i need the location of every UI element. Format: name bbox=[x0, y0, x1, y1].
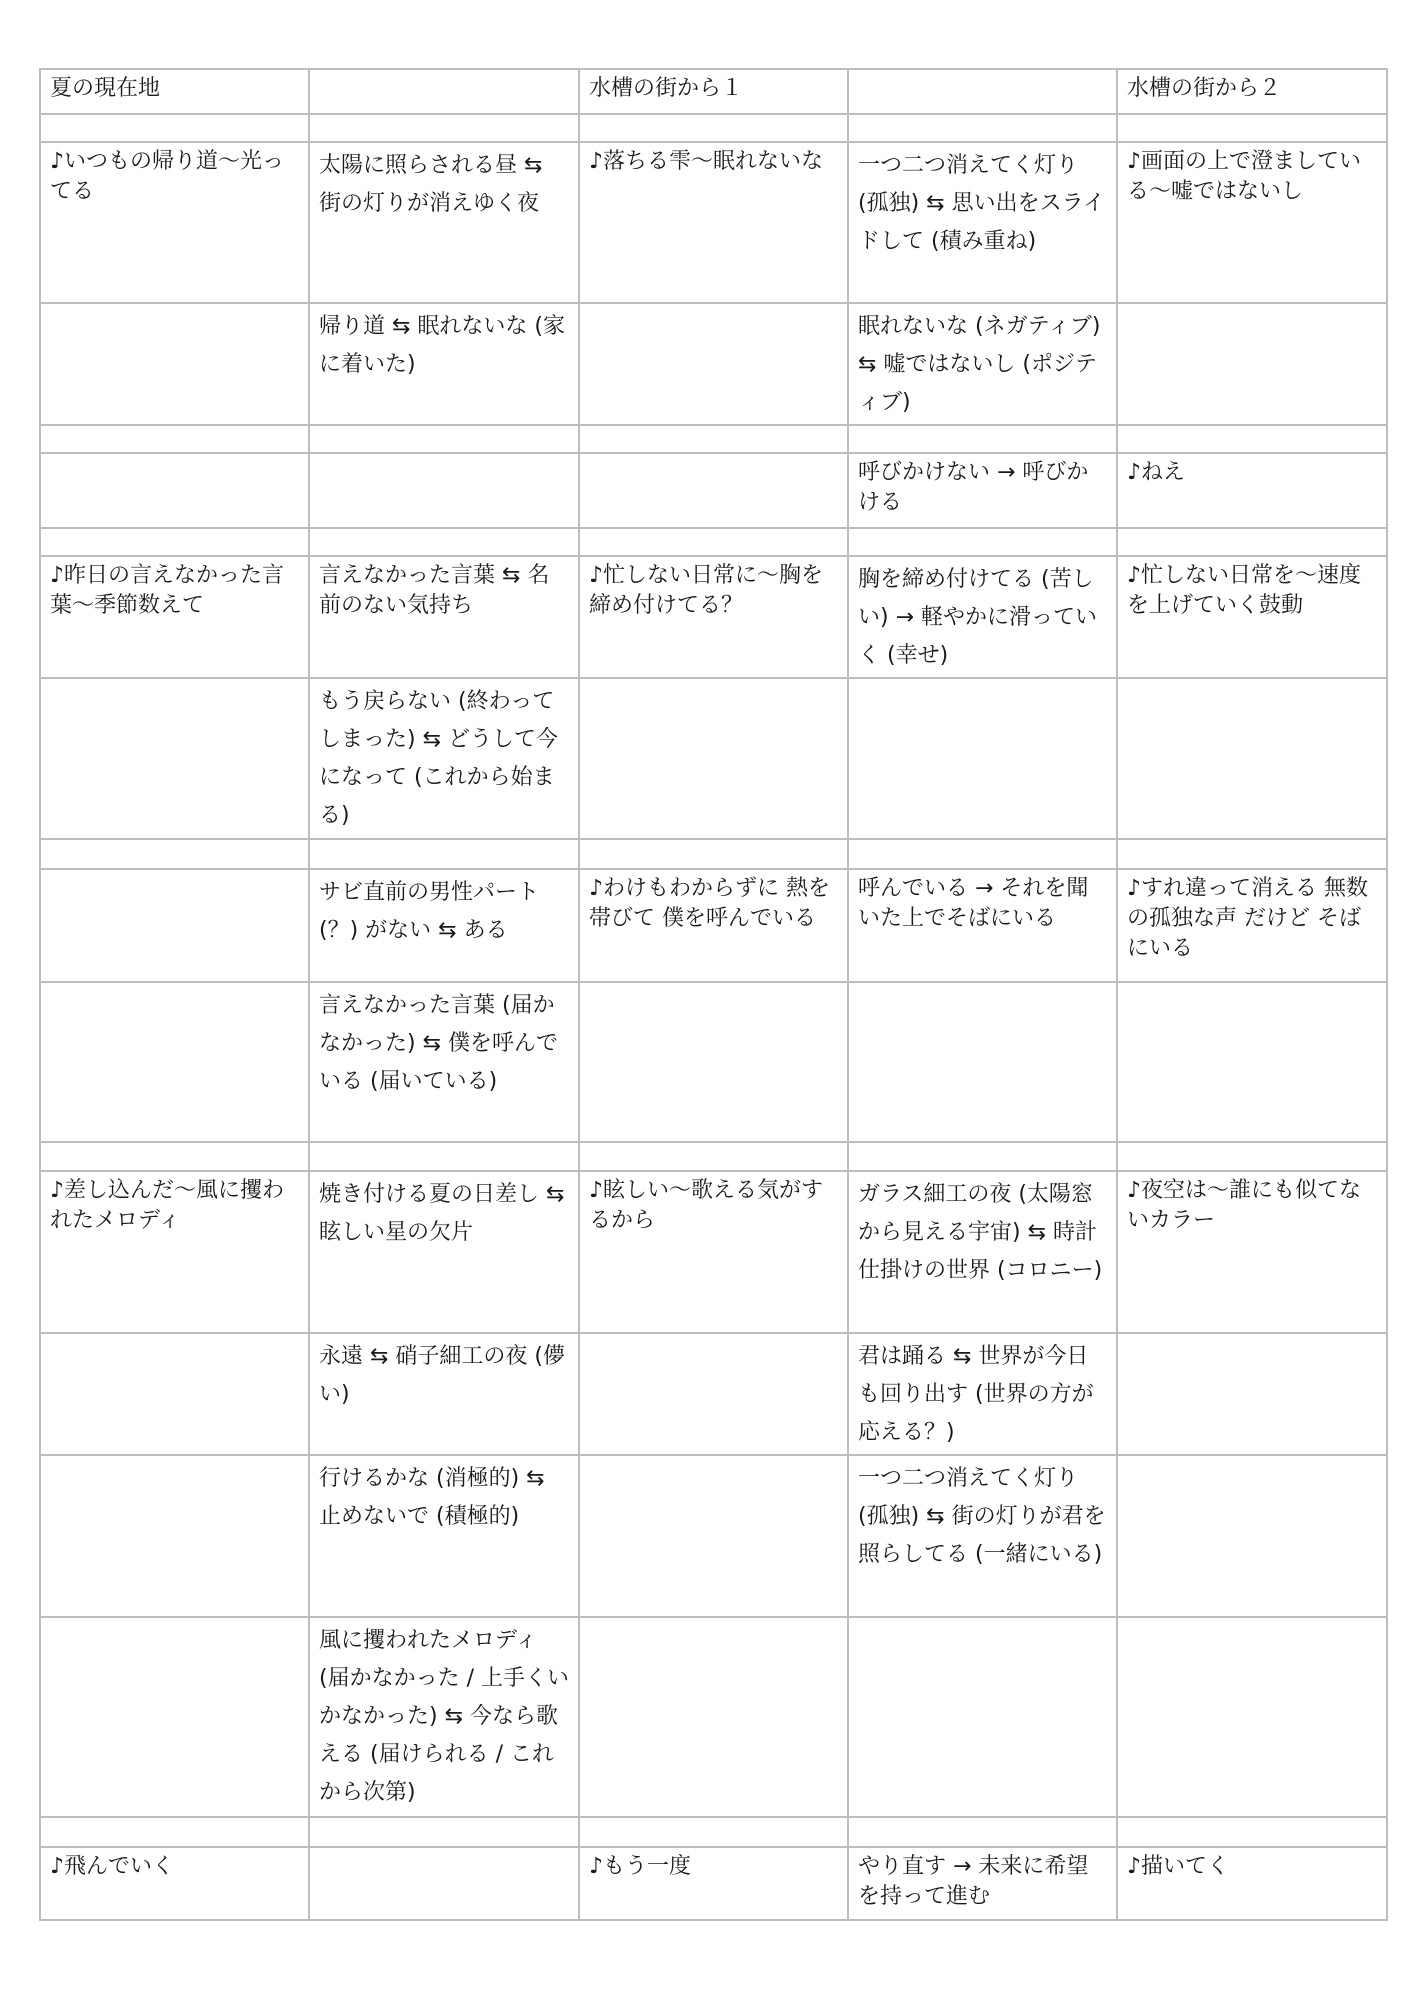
header-cell-suiso-2: 水槽の街から２ bbox=[1117, 69, 1387, 114]
table-cell bbox=[579, 1455, 848, 1617]
table-cell bbox=[309, 69, 579, 114]
contrast-cell: 行けるかな (消極的) ⇆ 止めないで (積極的) bbox=[309, 1455, 579, 1617]
table-cell bbox=[579, 678, 848, 839]
table-cell bbox=[579, 1333, 848, 1455]
table-cell bbox=[309, 425, 579, 453]
table-row: 風に攫われたメロディ (届かなかった / 上手くいかなかった) ⇆ 今なら歌える… bbox=[40, 1617, 1387, 1817]
table-body: 夏の現在地水槽の街から１水槽の街から２ ♪いつもの帰り道〜光ってる太陽に照らされ… bbox=[40, 69, 1387, 1920]
lyric-cell: ♪いつもの帰り道〜光ってる bbox=[40, 142, 309, 303]
table-cell bbox=[40, 528, 309, 556]
contrast-cell: ガラス細工の夜 (太陽窓から見える宇宙) ⇆ 時計仕掛けの世界 (コロニー) bbox=[848, 1171, 1117, 1333]
lyric-cell: ♪眩しい〜歌える気がするから bbox=[579, 1171, 848, 1333]
table-cell bbox=[848, 678, 1117, 839]
lyric-cell: ♪昨日の言えなかった言葉〜季節数えて bbox=[40, 556, 309, 678]
contrast-cell: 風に攫われたメロディ (届かなかった / 上手くいかなかった) ⇆ 今なら歌える… bbox=[309, 1617, 579, 1817]
table-cell bbox=[40, 982, 309, 1142]
table-cell bbox=[579, 425, 848, 453]
table-cell bbox=[579, 982, 848, 1142]
lyric-cell: ♪わけもわからずに 熱を帯びて 僕を呼んでいる bbox=[579, 869, 848, 982]
table-cell bbox=[40, 1333, 309, 1455]
table-cell bbox=[579, 453, 848, 528]
table-cell bbox=[40, 453, 309, 528]
lyric-cell: ♪夜空は〜誰にも似てないカラー bbox=[1117, 1171, 1387, 1333]
contrast-cell: やり直す → 未来に希望を持って進む bbox=[848, 1847, 1117, 1920]
table-cell bbox=[40, 1617, 309, 1817]
table-cell bbox=[1117, 1142, 1387, 1171]
table-cell bbox=[579, 528, 848, 556]
table-row-spacer bbox=[40, 1142, 1387, 1171]
table-cell bbox=[40, 1455, 309, 1617]
contrast-cell: 胸を締め付けてる (苦しい) → 軽やかに滑っていく (幸せ) bbox=[848, 556, 1117, 678]
contrast-cell: 君は踊る ⇆ 世界が今日も回り出す (世界の方が応える？) bbox=[848, 1333, 1117, 1455]
table-cell bbox=[1117, 528, 1387, 556]
lyric-cell: ♪もう一度 bbox=[579, 1847, 848, 1920]
contrast-cell: 言えなかった言葉 (届かなかった) ⇆ 僕を呼んでいる (届いている) bbox=[309, 982, 579, 1142]
contrast-cell: 一つ二つ消えてく灯り (孤独) ⇆ 思い出をスライドして (積み重ね) bbox=[848, 142, 1117, 303]
table-cell bbox=[40, 1817, 309, 1847]
lyric-cell: ♪ねえ bbox=[1117, 453, 1387, 528]
table-cell bbox=[309, 453, 579, 528]
table-row: サビ直前の男性パート (？) がない ⇆ ある♪わけもわからずに 熱を帯びて 僕… bbox=[40, 869, 1387, 982]
lyrics-analysis-table: 夏の現在地水槽の街から１水槽の街から２ ♪いつもの帰り道〜光ってる太陽に照らされ… bbox=[39, 68, 1388, 1921]
table-cell bbox=[1117, 678, 1387, 839]
table-cell bbox=[848, 114, 1117, 142]
contrast-cell: 呼びかけない → 呼びかける bbox=[848, 453, 1117, 528]
lyric-cell: ♪画面の上で澄ましている〜嘘ではないし bbox=[1117, 142, 1387, 303]
table-cell bbox=[579, 1817, 848, 1847]
contrast-cell: サビ直前の男性パート (？) がない ⇆ ある bbox=[309, 869, 579, 982]
table-row-spacer bbox=[40, 425, 1387, 453]
table-cell bbox=[579, 303, 848, 425]
contrast-cell: 言えなかった言葉 ⇆ 名前のない気持ち bbox=[309, 556, 579, 678]
table-row: ♪昨日の言えなかった言葉〜季節数えて言えなかった言葉 ⇆ 名前のない気持ち♪忙し… bbox=[40, 556, 1387, 678]
table-cell bbox=[1117, 303, 1387, 425]
table-cell bbox=[40, 678, 309, 839]
table-cell bbox=[1117, 1455, 1387, 1617]
table-cell bbox=[309, 528, 579, 556]
table-cell bbox=[1117, 1333, 1387, 1455]
table-row: 呼びかけない → 呼びかける♪ねえ bbox=[40, 453, 1387, 528]
table-row: 帰り道 ⇆ 眠れないな (家に着いた)眠れないな (ネガティブ) ⇆ 嘘ではない… bbox=[40, 303, 1387, 425]
lyric-cell: ♪描いてく bbox=[1117, 1847, 1387, 1920]
contrast-cell: 帰り道 ⇆ 眠れないな (家に着いた) bbox=[309, 303, 579, 425]
table-row-spacer bbox=[40, 528, 1387, 556]
table-cell bbox=[579, 839, 848, 869]
lyric-cell: ♪飛んでいく bbox=[40, 1847, 309, 1920]
table-cell bbox=[1117, 839, 1387, 869]
table-cell bbox=[848, 69, 1117, 114]
table-cell bbox=[579, 1617, 848, 1817]
table-cell bbox=[848, 839, 1117, 869]
table-cell bbox=[1117, 1817, 1387, 1847]
table-cell bbox=[309, 1817, 579, 1847]
lyric-cell: ♪忙しない日常を〜速度を上げていく鼓動 bbox=[1117, 556, 1387, 678]
lyric-cell: ♪すれ違って消える 無数の孤独な声 だけど そばにいる bbox=[1117, 869, 1387, 982]
table-cell bbox=[40, 839, 309, 869]
table-cell bbox=[309, 114, 579, 142]
table-cell bbox=[1117, 982, 1387, 1142]
table-cell bbox=[579, 114, 848, 142]
contrast-cell: 一つ二つ消えてく灯り (孤独) ⇆ 街の灯りが君を照らしてる (一緒にいる) bbox=[848, 1455, 1117, 1617]
table-row: ♪いつもの帰り道〜光ってる太陽に照らされる昼 ⇆ 街の灯りが消えゆく夜♪落ちる雫… bbox=[40, 142, 1387, 303]
contrast-cell: 呼んでいる → それを聞いた上でそばにいる bbox=[848, 869, 1117, 982]
header-cell-summer-location: 夏の現在地 bbox=[40, 69, 309, 114]
table-cell bbox=[309, 1142, 579, 1171]
table-cell bbox=[848, 425, 1117, 453]
table-cell bbox=[40, 425, 309, 453]
table-cell bbox=[40, 1142, 309, 1171]
table-cell bbox=[1117, 425, 1387, 453]
contrast-cell: 眠れないな (ネガティブ) ⇆ 嘘ではないし (ポジティブ) bbox=[848, 303, 1117, 425]
table-cell bbox=[848, 1817, 1117, 1847]
table-cell bbox=[40, 303, 309, 425]
table-cell bbox=[848, 1142, 1117, 1171]
table-row-spacer bbox=[40, 1817, 1387, 1847]
table-row: 行けるかな (消極的) ⇆ 止めないで (積極的)一つ二つ消えてく灯り (孤独)… bbox=[40, 1455, 1387, 1617]
table-row: 永遠 ⇆ 硝子細工の夜 (儚い)君は踊る ⇆ 世界が今日も回り出す (世界の方が… bbox=[40, 1333, 1387, 1455]
table-row: ♪差し込んだ〜風に攫われたメロディ焼き付ける夏の日差し ⇆ 眩しい星の欠片♪眩し… bbox=[40, 1171, 1387, 1333]
table-row: 言えなかった言葉 (届かなかった) ⇆ 僕を呼んでいる (届いている) bbox=[40, 982, 1387, 1142]
table-cell bbox=[848, 528, 1117, 556]
table-cell bbox=[40, 114, 309, 142]
table-cell bbox=[579, 1142, 848, 1171]
table-row: ♪飛んでいく♪もう一度やり直す → 未来に希望を持って進む♪描いてく bbox=[40, 1847, 1387, 1920]
lyric-cell: ♪落ちる雫〜眠れないな bbox=[579, 142, 848, 303]
table-row-spacer bbox=[40, 114, 1387, 142]
contrast-cell: 永遠 ⇆ 硝子細工の夜 (儚い) bbox=[309, 1333, 579, 1455]
table-cell bbox=[848, 1617, 1117, 1817]
table-cell bbox=[1117, 1617, 1387, 1817]
table-row-spacer bbox=[40, 839, 1387, 869]
contrast-cell: 焼き付ける夏の日差し ⇆ 眩しい星の欠片 bbox=[309, 1171, 579, 1333]
contrast-cell: もう戻らない (終わってしまった) ⇆ どうして今になって (これから始まる) bbox=[309, 678, 579, 839]
table-cell bbox=[40, 869, 309, 982]
table-cell bbox=[309, 1847, 579, 1920]
table-cell bbox=[848, 982, 1117, 1142]
contrast-cell: 太陽に照らされる昼 ⇆ 街の灯りが消えゆく夜 bbox=[309, 142, 579, 303]
lyric-cell: ♪差し込んだ〜風に攫われたメロディ bbox=[40, 1171, 309, 1333]
table-cell bbox=[1117, 114, 1387, 142]
table-row: もう戻らない (終わってしまった) ⇆ どうして今になって (これから始まる) bbox=[40, 678, 1387, 839]
table-row: 夏の現在地水槽の街から１水槽の街から２ bbox=[40, 69, 1387, 114]
lyric-cell: ♪忙しない日常に〜胸を締め付けてる？ bbox=[579, 556, 848, 678]
table-cell bbox=[309, 839, 579, 869]
header-cell-suiso-1: 水槽の街から１ bbox=[579, 69, 848, 114]
